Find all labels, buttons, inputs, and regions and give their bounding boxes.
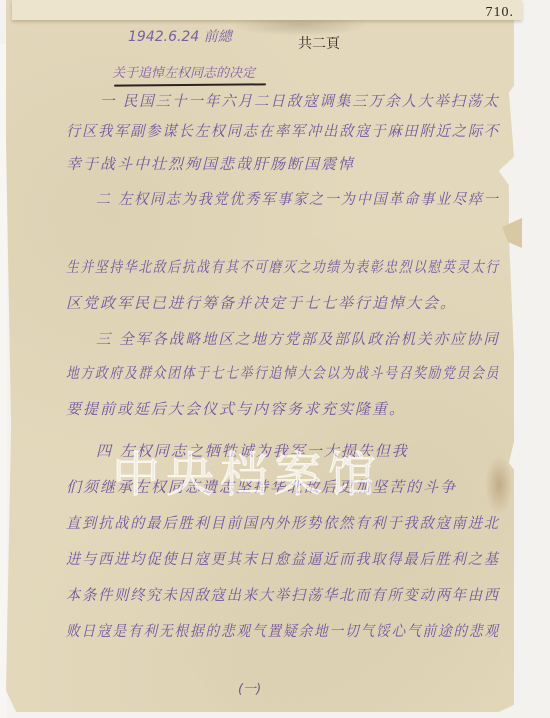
document-title: 关于追悼左权同志的决定: [112, 62, 255, 81]
scan-margin: [0, 44, 7, 718]
header-page-count: 共二頁: [298, 33, 340, 53]
archive-page-number: 710.: [486, 5, 515, 21]
paragraph-2-line-2: 生并坚持华北敌后抗战有其不可磨灭之功绩为表彰忠烈以慰英灵太行: [66, 256, 500, 277]
archive-watermark: 中央档案馆: [112, 436, 382, 505]
top-paper-slip: [12, 0, 522, 20]
water-stain: [485, 455, 513, 515]
paragraph-1-line-3: 幸于战斗中壮烈殉国悲哉肝肠断国震悼: [66, 153, 355, 174]
paragraph-4-line-5: 本条件则终究未因敌寇出来大举扫荡华北而有所变动两年由西: [66, 584, 500, 605]
paragraph-4-line-4: 进与西进均促使日寇更其末日愈益逼近而我取得最后胜利之基: [66, 548, 500, 569]
paragraph-2-line-1: 二 左权同志为我党优秀军事家之一为中国革命事业尽瘁一: [96, 188, 500, 209]
header-date-source: 1942.6.24 前總: [128, 26, 232, 46]
paragraph-1-line-1: 一 民国三十一年六月二日敌寇调集三万余人大举扫荡太: [100, 90, 500, 111]
paragraph-3-line-1: 三 全军各战略地区之地方党部及部队政治机关亦应协同: [96, 328, 500, 349]
paragraph-3-line-3: 要提前或延后大会仪式与内容务求充实隆重。: [66, 398, 406, 419]
paragraph-2-line-3: 区党政军民已进行筹备并决定于七七举行追悼大会。: [66, 292, 457, 313]
paragraph-1-line-2: 行区我军副参谋长左权同志在率军冲出敌寇于麻田附近之际不: [66, 120, 500, 141]
paragraph-4-line-6: 败日寇是有利无根据的悲观气置疑余地一切气馁心气前途的悲观: [66, 620, 500, 641]
paragraph-4-line-3: 直到抗战的最后胜利目前国内外形势依然有利于我敌寇南进北: [66, 512, 500, 533]
paragraph-3-line-2: 地方政府及群众团体于七七举行追悼大会以为战斗号召奖励党员会员: [66, 362, 500, 383]
page-marker: (一): [238, 678, 261, 697]
document-scan: 710. 1942.6.24 前總 共二頁 关于追悼左权同志的决定 一 民国三十…: [0, 0, 550, 718]
